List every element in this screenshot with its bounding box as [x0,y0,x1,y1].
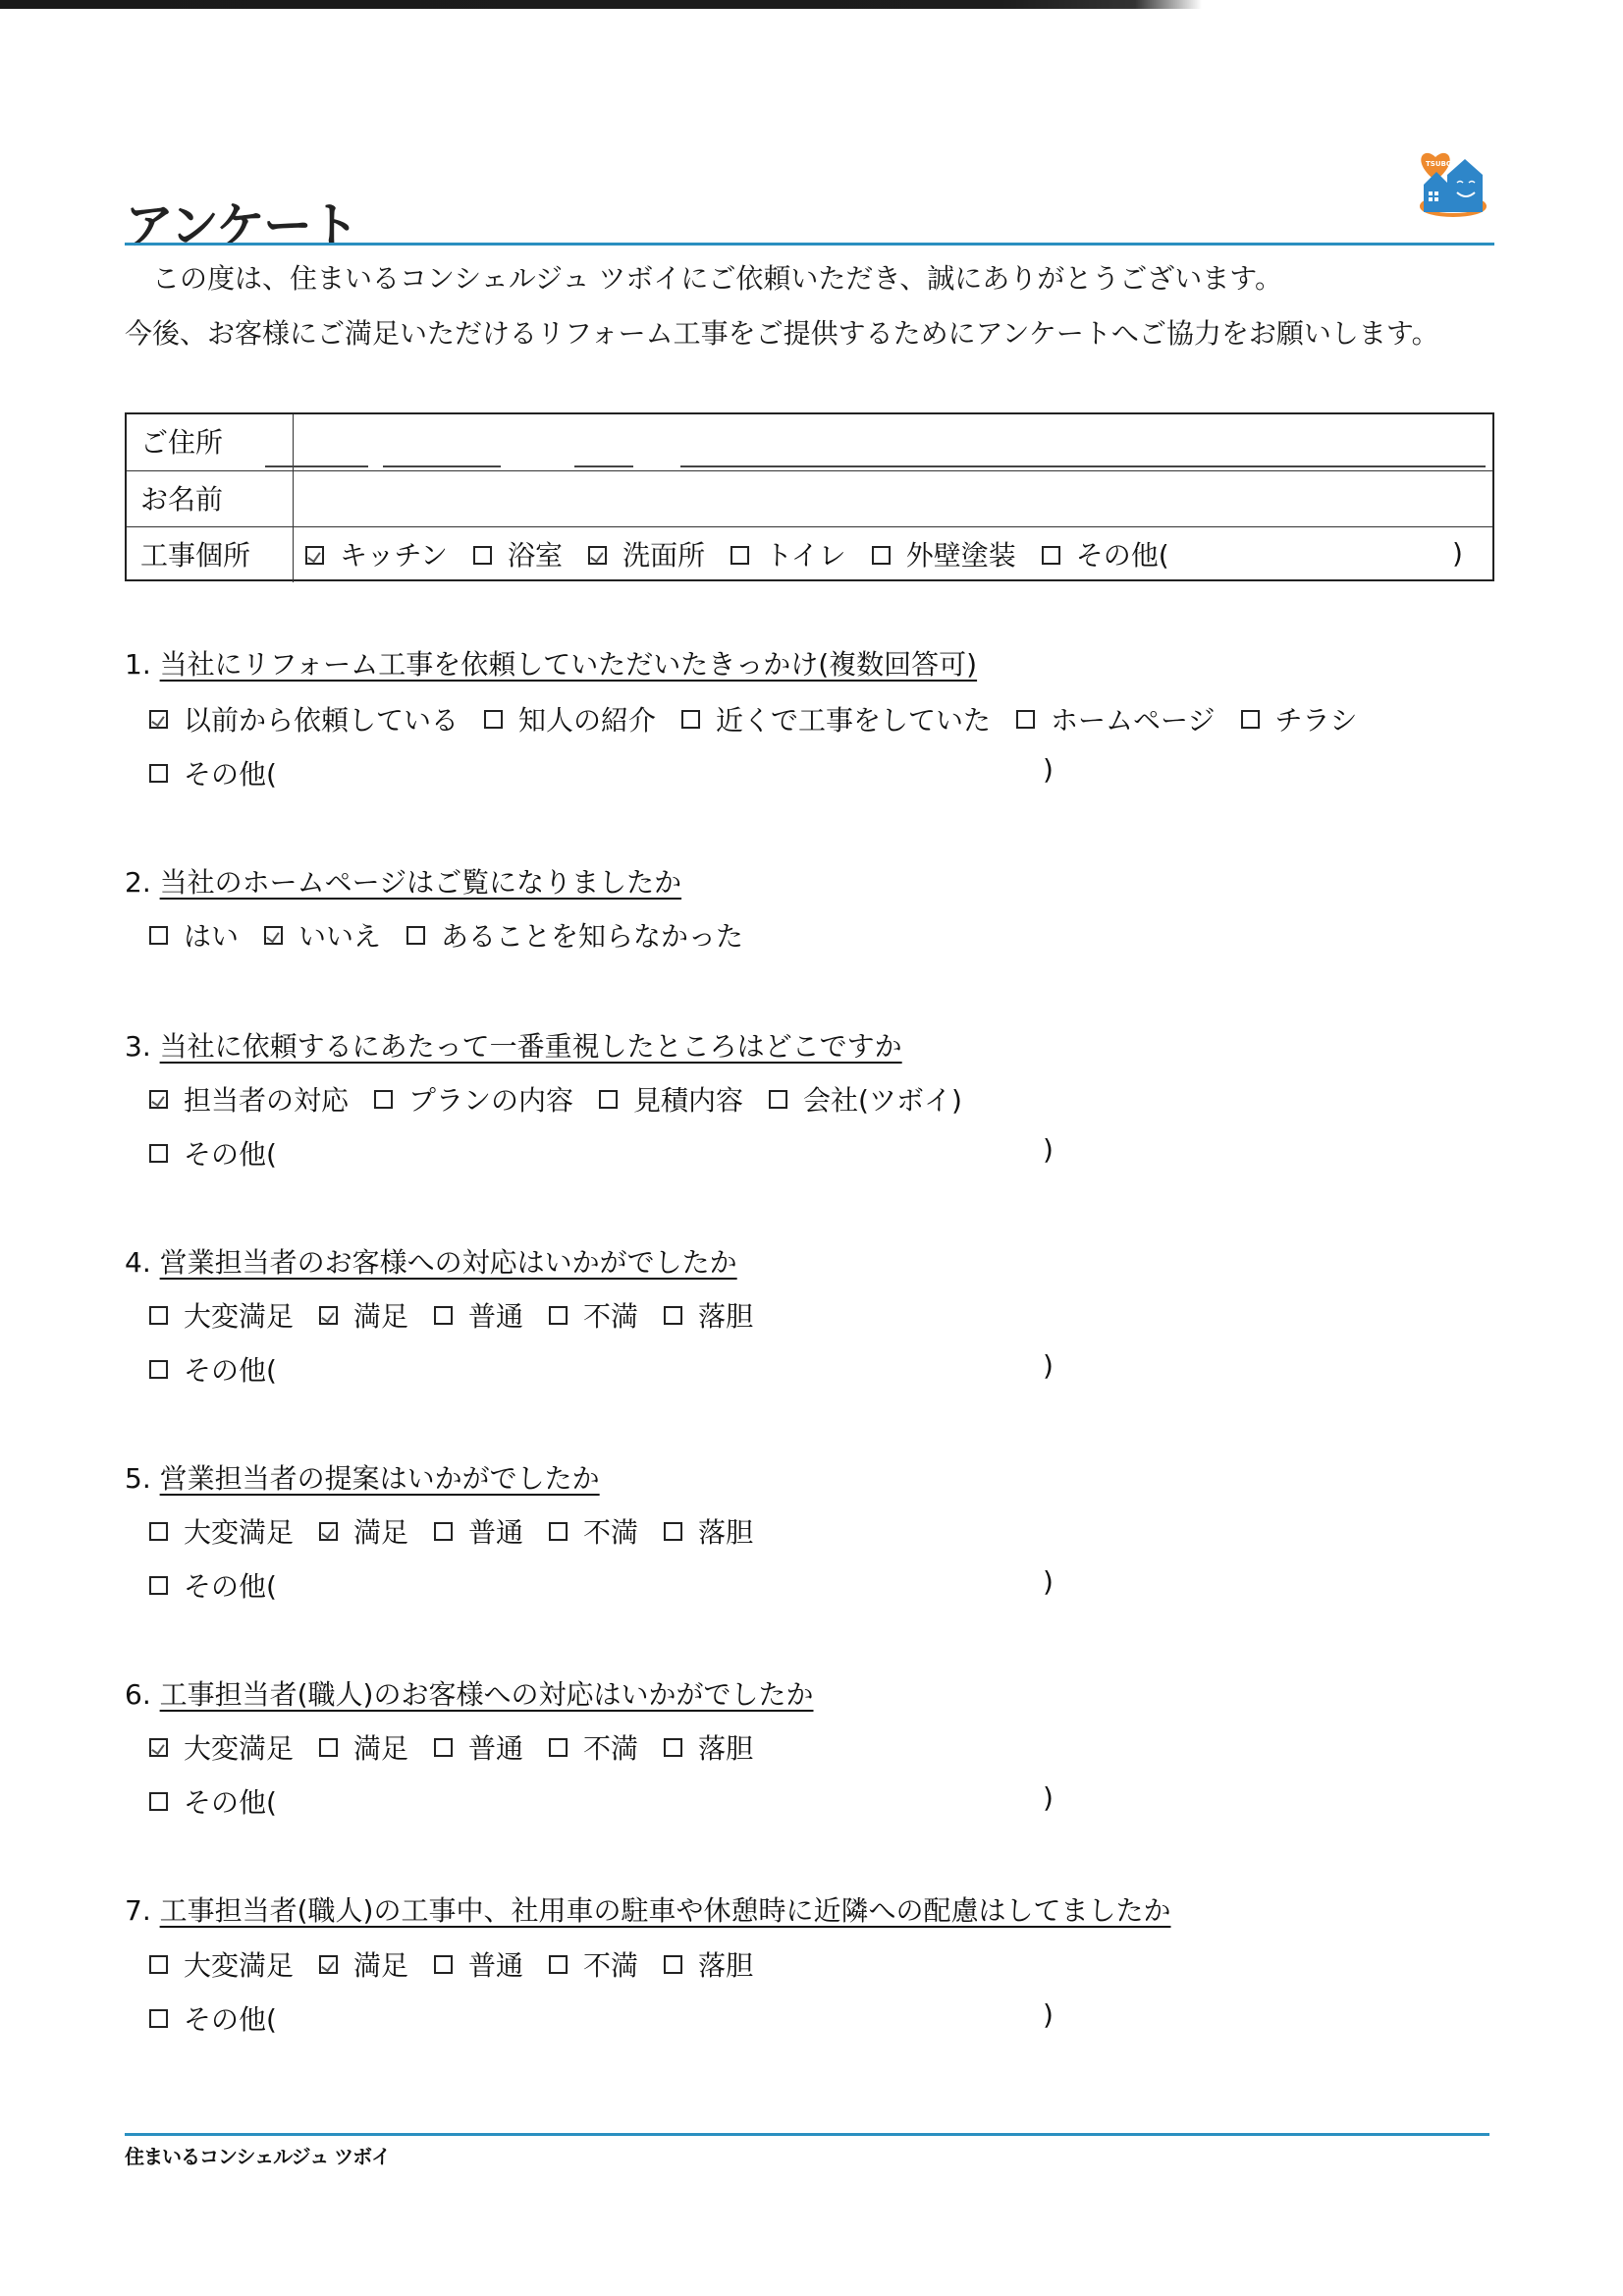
q2-option-2[interactable]: いいえ [264,915,381,955]
work-option-exterior-paint[interactable]: 外壁塗装 [872,527,1016,583]
q5-other-close-paren: ) [1043,1565,1054,1598]
question-1-options: 以前から依頼している 知人の紹介 近くで工事をしていた ホームページ チラシ [149,699,1383,738]
checkbox[interactable] [434,1522,453,1541]
work-location-options: キッチン 浴室 洗面所 トイレ 外壁塗装 その他( [294,527,1492,582]
q6-option-1[interactable]: 大変満足 [149,1727,294,1767]
name-label: お名前 [127,471,294,526]
checkbox[interactable] [664,1522,682,1541]
q5-option-5[interactable]: 落胆 [664,1511,753,1551]
checkbox-checked[interactable] [319,1955,338,1974]
q4-option-2[interactable]: 満足 [319,1295,408,1335]
work-other-close-paren: ) [1452,537,1463,570]
checkbox[interactable] [549,1738,568,1757]
work-option-other[interactable]: その他( [1042,527,1169,583]
q6-other-close-paren: ) [1043,1781,1054,1814]
checkbox[interactable] [664,1306,682,1325]
work-location-row: 工事個所 キッチン 浴室 洗面所 トイレ 外壁塗装 その他( ) [127,526,1492,582]
q4-other[interactable]: その他( [149,1349,302,1389]
question-2-heading: 2. 当社のホームページはご覧になりましたか [125,861,681,901]
question-1-text: 当社にリフォーム工事を依頼していただいたきっかけ(複数回答可) [160,648,977,681]
checkbox[interactable] [549,1306,568,1325]
checkbox[interactable] [769,1090,787,1109]
q6-option-5[interactable]: 落胆 [664,1727,753,1767]
checkbox[interactable] [149,1955,168,1974]
q7-option-1[interactable]: 大変満足 [149,1944,294,1984]
redaction-mark [265,465,368,467]
q1-other-close-paren: ) [1043,753,1054,786]
address-row: ご住所 [127,414,1492,470]
checkbox[interactable] [1042,546,1060,565]
q6-option-3[interactable]: 普通 [434,1727,523,1767]
checkbox[interactable] [872,546,891,565]
checkbox-checked[interactable] [319,1306,338,1325]
question-3-heading: 3. 当社に依頼するにあたって一番重視したところはどこですか [125,1025,902,1065]
work-option-washroom[interactable]: 洗面所 [588,527,705,583]
q2-option-3[interactable]: あることを知らなかった [406,915,743,955]
checkbox[interactable] [149,764,168,783]
checkbox[interactable] [434,1955,453,1974]
q6-other[interactable]: その他( [149,1781,302,1821]
q4-option-5[interactable]: 落胆 [664,1295,753,1335]
q1-option-4[interactable]: ホームページ [1016,699,1215,738]
work-option-bath[interactable]: 浴室 [473,527,563,583]
page-title: アンケート [125,187,357,257]
q5-option-3[interactable]: 普通 [434,1511,523,1551]
checkbox[interactable] [730,546,749,565]
q6-option-2[interactable]: 満足 [319,1727,408,1767]
question-7-text: 工事担当者(職人)の工事中、社用車の駐車や休憩時に近隣への配慮はしてましたか [160,1894,1171,1927]
checkbox[interactable] [319,1738,338,1757]
checkbox-checked[interactable] [149,1090,168,1109]
q7-other-close-paren: ) [1043,1998,1054,2031]
q1-option-3[interactable]: 近くで工事をしていた [681,699,991,738]
checkbox[interactable] [149,1144,168,1163]
company-logo-icon: TSUBOI [1414,147,1492,222]
question-6-heading: 6. 工事担当者(職人)のお客様への対応はいかがでしたか [125,1673,813,1713]
checkbox[interactable] [549,1522,568,1541]
question-4-options: 大変満足 満足 普通 不満 落胆 [149,1295,779,1335]
q7-other[interactable]: その他( [149,1998,302,2038]
q6-option-4[interactable]: 不満 [549,1727,638,1767]
q3-option-4[interactable]: 会社(ツボイ) [769,1079,962,1119]
question-6-text: 工事担当者(職人)のお客様への対応はいかがでしたか [160,1678,814,1711]
question-7-options: 大変満足 満足 普通 不満 落胆 [149,1944,779,1984]
question-1-heading: 1. 当社にリフォーム工事を依頼していただいたきっかけ(複数回答可) [125,643,977,683]
q4-option-1[interactable]: 大変満足 [149,1295,294,1335]
work-location-label: 工事個所 [127,527,294,582]
question-6-options: 大変満足 満足 普通 不満 落胆 [149,1727,779,1767]
question-3-text: 当社に依頼するにあたって一番重視したところはどこですか [160,1030,902,1063]
checkbox-checked[interactable] [264,926,283,945]
name-row: お名前 [127,470,1492,526]
checkbox[interactable] [149,1522,168,1541]
checkbox[interactable] [374,1090,393,1109]
question-5-text: 営業担当者の提案はいかがでしたか [160,1462,600,1495]
checkbox-checked[interactable] [149,710,168,729]
q7-option-3[interactable]: 普通 [434,1944,523,1984]
q1-option-1[interactable]: 以前から依頼している [149,699,459,738]
q7-option-2[interactable]: 満足 [319,1944,408,1984]
question-4-text: 営業担当者のお客様への対応はいかがでしたか [160,1246,737,1279]
redaction-mark [680,465,1486,467]
q1-other[interactable]: その他( [149,753,302,793]
question-3-options: 担当者の対応 プランの内容 見積内容 会社(ツボイ) [149,1079,988,1119]
q3-option-2[interactable]: プランの内容 [374,1079,573,1119]
checkbox[interactable] [406,926,425,945]
work-option-kitchen[interactable]: キッチン [305,527,448,583]
q3-option-1[interactable]: 担当者の対応 [149,1079,349,1119]
q3-other-close-paren: ) [1043,1133,1054,1166]
question-4-heading: 4. 営業担当者のお客様への対応はいかがでしたか [125,1241,737,1281]
checkbox[interactable] [599,1090,618,1109]
checkbox[interactable] [1241,710,1260,729]
checkbox[interactable] [549,1955,568,1974]
q4-option-3[interactable]: 普通 [434,1295,523,1335]
q5-other[interactable]: その他( [149,1565,302,1605]
q1-option-5[interactable]: チラシ [1241,699,1358,738]
question-5-heading: 5. 営業担当者の提案はいかがでしたか [125,1457,600,1497]
checkbox[interactable] [681,710,700,729]
q4-option-4[interactable]: 不満 [549,1295,638,1335]
footer-divider [125,2133,1489,2136]
name-field[interactable] [294,471,1492,526]
checkbox[interactable] [434,1306,453,1325]
q5-option-2[interactable]: 満足 [319,1511,408,1551]
q4-other-close-paren: ) [1043,1349,1054,1382]
question-2-text: 当社のホームページはご覧になりましたか [160,866,681,899]
checkbox-checked[interactable] [305,546,324,565]
checkbox[interactable] [149,1792,168,1811]
footer-company-name: 住まいるコンシェルジュ ツボイ [125,2141,390,2169]
question-7-heading: 7. 工事担当者(職人)の工事中、社用車の駐車や休憩時に近隣への配慮はしてました… [125,1889,1170,1929]
question-2-options: はい いいえ あることを知らなかった [149,915,769,955]
q2-option-1[interactable]: はい [149,915,239,955]
customer-info-table: ご住所 お名前 工事個所 キッチン 浴室 洗面所 トイレ 外壁塗装 その他( ) [125,412,1494,581]
intro-line-1: この度は、住まいるコンシェルジュ ツボイにご依頼いただき、誠にありがとうございま… [152,257,1282,297]
checkbox[interactable] [1016,710,1035,729]
title-underline [125,243,1494,246]
checkbox[interactable] [149,1360,168,1379]
redaction-mark [574,465,633,467]
checkbox-checked[interactable] [149,1738,168,1757]
checkbox[interactable] [149,2009,168,2028]
checkbox-checked[interactable] [588,546,607,565]
address-label: ご住所 [127,414,294,470]
checkbox[interactable] [473,546,492,565]
scan-edge-shadow [0,0,1623,9]
checkbox[interactable] [149,926,168,945]
checkbox[interactable] [149,1306,168,1325]
q7-option-5[interactable]: 落胆 [664,1944,753,1984]
checkbox[interactable] [664,1955,682,1974]
checkbox[interactable] [484,710,503,729]
q7-option-4[interactable]: 不満 [549,1944,638,1984]
work-option-toilet[interactable]: トイレ [730,527,846,583]
checkbox[interactable] [664,1738,682,1757]
checkbox[interactable] [434,1738,453,1757]
redaction-mark [383,465,501,467]
intro-line-2: 今後、お客様にご満足いただけるリフォーム工事をご提供するためにアンケートへご協力… [125,312,1439,352]
q1-option-2[interactable]: 知人の紹介 [484,699,656,738]
question-5-options: 大変満足 満足 普通 不満 落胆 [149,1511,779,1551]
svg-text:TSUBOI: TSUBOI [1426,160,1454,168]
q3-other[interactable]: その他( [149,1133,302,1173]
address-field[interactable] [294,414,1492,470]
q5-option-1[interactable]: 大変満足 [149,1511,294,1551]
q5-option-4[interactable]: 不満 [549,1511,638,1551]
checkbox[interactable] [149,1576,168,1595]
q3-option-3[interactable]: 見積内容 [599,1079,743,1119]
checkbox-checked[interactable] [319,1522,338,1541]
